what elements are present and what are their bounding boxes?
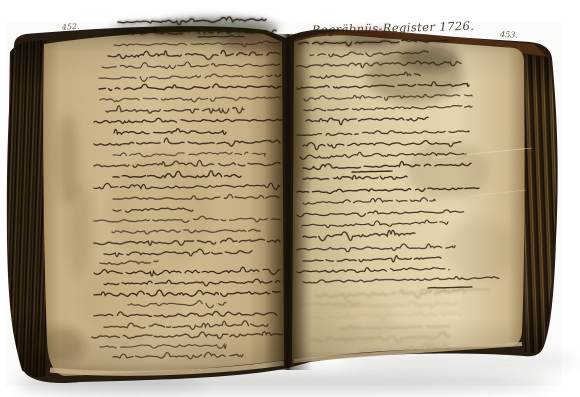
- book-scene: 452. 453. Begräbnüs-Register 1726.: [0, 0, 580, 397]
- page-number-right: 453.: [499, 30, 518, 40]
- manuscript-photo: 452. 453. Begräbnüs-Register 1726.: [0, 0, 580, 397]
- paper-grain: [6, 22, 562, 386]
- page-number-left: 452.: [61, 22, 80, 32]
